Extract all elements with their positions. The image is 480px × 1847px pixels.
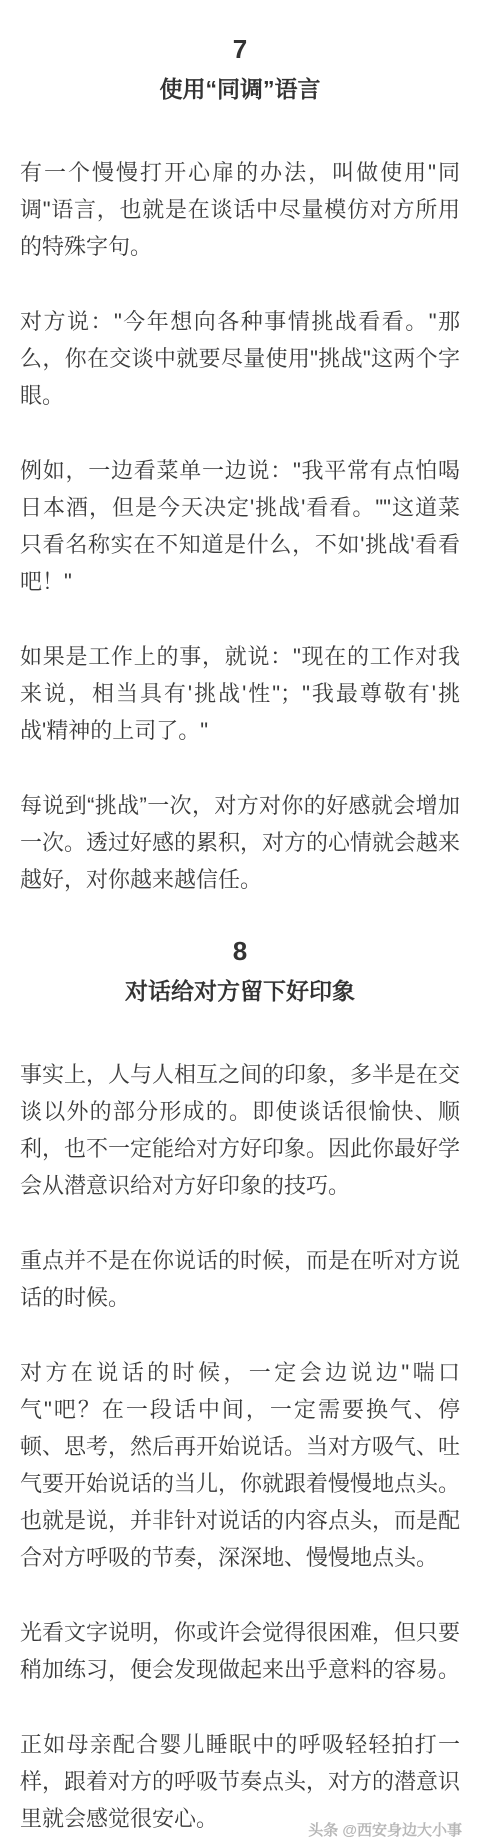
paragraph: 有一个慢慢打开心扉的办法，叫做使用"同调"语言，也就是在谈话中尽量模仿对方所用的… bbox=[20, 154, 460, 265]
paragraph: 重点并不是在你说话的时候，而是在听对方说话的时候。 bbox=[20, 1242, 460, 1316]
paragraph: 每说到“挑战”一次，对方对你的好感就会增加一次。透过好感的累积，对方的心情就会越… bbox=[20, 787, 460, 898]
section-title: 对话给对方留下好印象 bbox=[20, 976, 460, 1006]
paragraph: 对方在说话的时候，一定会边说边"喘口气"吧？在一段话中间，一定需要换气、停顿、思… bbox=[20, 1354, 460, 1576]
article-section-7: 7 使用“同调”语言 有一个慢慢打开心扉的办法，叫做使用"同调"语言，也就是在谈… bbox=[20, 34, 460, 898]
watermark-credit: 头条 @西安身边大小事 bbox=[308, 1822, 462, 1840]
section-number: 7 bbox=[20, 34, 460, 64]
paragraph: 事实上，人与人相互之间的印象，多半是在交谈以外的部分形成的。即使谈话很愉快、顺利… bbox=[20, 1056, 460, 1204]
paragraph: 对方说："今年想向各种事情挑战看看。"那么，你在交谈中就要尽量使用"挑战"这两个… bbox=[20, 303, 460, 414]
article-page: 7 使用“同调”语言 有一个慢慢打开心扉的办法，叫做使用"同调"语言，也就是在谈… bbox=[0, 0, 480, 1847]
article-section-8: 8 对话给对方留下好印象 事实上，人与人相互之间的印象，多半是在交谈以外的部分形… bbox=[20, 936, 460, 1837]
paragraph: 例如，一边看菜单一边说："我平常有点怕喝日本酒，但是今天决定'挑战'看看。""这… bbox=[20, 452, 460, 600]
section-number: 8 bbox=[20, 936, 460, 966]
section-title: 使用“同调”语言 bbox=[20, 74, 460, 104]
watermark-text: 头条 @西安身边大小事 bbox=[308, 1822, 462, 1839]
paragraph: 如果是工作上的事，就说："现在的工作对我来说，相当具有'挑战'性"；"我最尊敬有… bbox=[20, 638, 460, 749]
paragraph: 光看文字说明，你或许会觉得很困难，但只要稍加练习，便会发现做起来出乎意料的容易。 bbox=[20, 1614, 460, 1688]
paragraph: 正如母亲配合婴儿睡眠中的呼吸轻轻拍打一样，跟着对方的呼吸节奏点头，对方的潜意识里… bbox=[20, 1726, 460, 1837]
